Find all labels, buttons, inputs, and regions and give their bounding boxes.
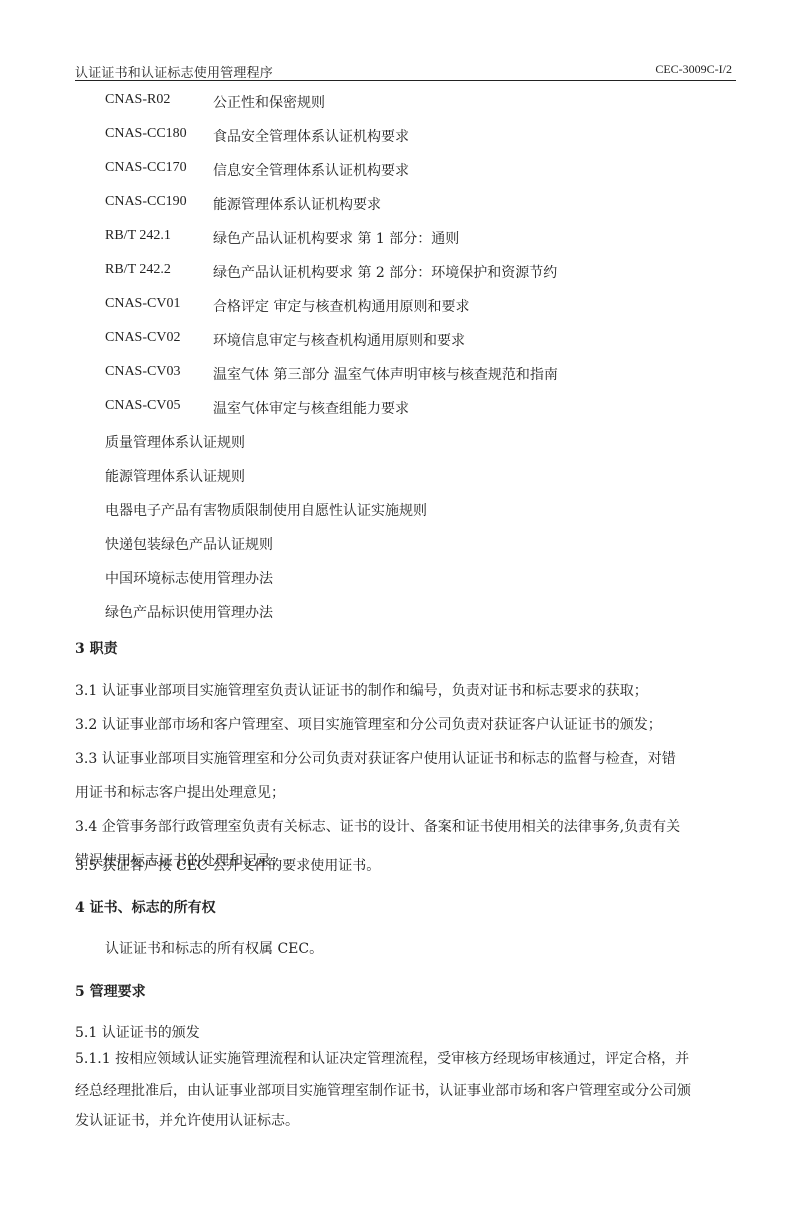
- reference-name: 温室气体审定与核查组能力要求: [213, 398, 409, 418]
- subsection-heading: 5.1 认证证书的颁发: [75, 1022, 737, 1042]
- paragraph-line: 3.1 认证事业部项目实施管理室负责认证证书的制作和编号，负责对证书和标志要求的…: [75, 680, 737, 700]
- reference-code: RB/T 242.1: [105, 228, 171, 244]
- reference-code: CNAS-CV03: [105, 364, 180, 380]
- reference-code: CNAS-CV02: [105, 330, 180, 346]
- document-title: 认证证书和认证标志使用管理程序: [75, 62, 273, 81]
- document-item: 质量管理体系认证规则: [105, 432, 245, 452]
- reference-name: 合格评定 审定与核查机构通用原则和要求: [213, 296, 469, 316]
- reference-code: CNAS-CC180: [105, 126, 187, 142]
- paragraph-line: 3.5 获证客户按 CEC 公开文件的要求使用证书。: [75, 855, 737, 875]
- paragraph-line: 3.3 认证事业部项目实施管理室和分公司负责对获证客户使用认证证书和标志的监督与…: [75, 748, 737, 768]
- paragraph-line: 发认证证书，并允许使用认证标志。: [75, 1110, 737, 1130]
- section-heading: 5 管理要求: [75, 981, 146, 1001]
- reference-code: CNAS-CV05: [105, 398, 180, 414]
- reference-name: 环境信息审定与核查机构通用原则和要求: [213, 330, 465, 350]
- reference-name: 公正性和保密规则: [213, 92, 325, 112]
- reference-name: 能源管理体系认证机构要求: [213, 194, 381, 214]
- paragraph-line: 用证书和标志客户提出处理意见；: [75, 782, 737, 802]
- paragraph-line: 3.4 企管事务部行政管理室负责有关标志、证书的设计、备案和证书使用相关的法律事…: [75, 816, 737, 836]
- document-item: 电器电子产品有害物质限制使用自愿性认证实施规则: [105, 500, 427, 520]
- reference-code: RB/T 242.2: [105, 262, 171, 278]
- reference-code: CNAS-R02: [105, 92, 170, 108]
- document-code: CEC-3009C-I/2: [655, 62, 732, 77]
- reference-code: CNAS-CV01: [105, 296, 180, 312]
- paragraph-line: 3.2 认证事业部市场和客户管理室、项目实施管理室和分公司负责对获证客户认证证书…: [75, 714, 737, 734]
- page-header: 认证证书和认证标志使用管理程序 CEC-3009C-I/2: [75, 60, 736, 81]
- section-heading: 3 职责: [75, 638, 118, 658]
- reference-name: 食品安全管理体系认证机构要求: [213, 126, 409, 146]
- reference-code: CNAS-CC190: [105, 194, 187, 210]
- paragraph-line: 5.1.1 按相应领域认证实施管理流程和认证决定管理流程，受审核方经现场审核通过…: [75, 1048, 737, 1068]
- paragraph-line: 认证证书和标志的所有权属 CEC。: [105, 938, 767, 958]
- document-item: 中国环境标志使用管理办法: [105, 568, 273, 588]
- document-item: 快递包装绿色产品认证规则: [105, 534, 273, 554]
- section-heading: 4 证书、标志的所有权: [75, 897, 216, 917]
- reference-name: 温室气体 第三部分 温室气体声明审核与核查规范和指南: [213, 364, 558, 384]
- paragraph-line: 经总经理批准后，由认证事业部项目实施管理室制作证书，认证事业部市场和客户管理室或…: [75, 1080, 737, 1100]
- document-item: 能源管理体系认证规则: [105, 466, 245, 486]
- reference-name: 绿色产品认证机构要求 第 1 部分：通则: [213, 228, 459, 248]
- reference-name: 信息安全管理体系认证机构要求: [213, 160, 409, 180]
- reference-name: 绿色产品认证机构要求 第 2 部分：环境保护和资源节约: [213, 262, 557, 282]
- reference-code: CNAS-CC170: [105, 160, 187, 176]
- document-item: 绿色产品标识使用管理办法: [105, 602, 273, 622]
